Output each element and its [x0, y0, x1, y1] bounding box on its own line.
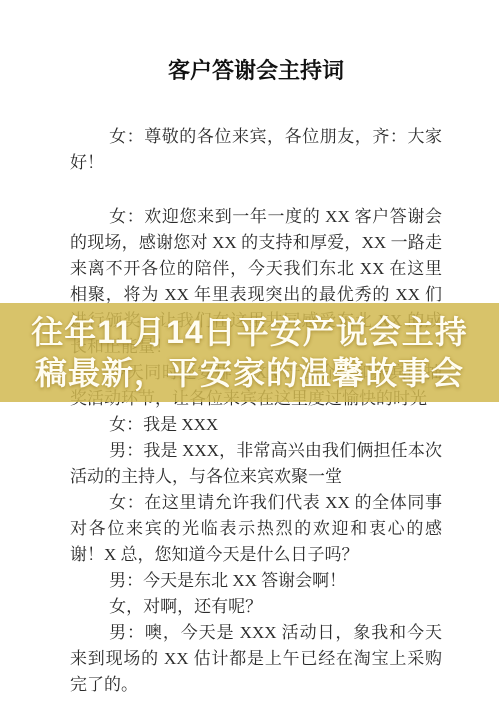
paragraph: 男：噢，今天是 XXX 活动日，象我和今天来到现场的 XX 估计都是上午已经在淘…	[70, 620, 442, 698]
banner-title-line1: 往年11月14日平安产说会主持	[31, 312, 467, 353]
watermark-banner: 往年11月14日平安产说会主持 稿最新，平安家的温馨故事会	[0, 303, 499, 402]
paragraph: 女：尊敬的各位来宾，各位朋友，齐：大家好！	[70, 124, 442, 176]
paragraph: 女：在这里请允许我们代表 XX 的全体同事对各位来宾的光临表示热烈的欢迎和衷心的…	[70, 490, 442, 568]
banner-title-line2: 稿最新，平安家的温馨故事会	[35, 353, 464, 394]
page-title: 客户答谢会主持词	[70, 57, 442, 84]
paragraph: 男：今天是东北 XX 答谢会啊！	[70, 568, 442, 594]
paragraph: 男：我是 XXX，非常高兴由我们俩担任本次活动的主持人，与各位来宾欢聚一堂	[70, 438, 442, 490]
document-page: 客户答谢会主持词 女：尊敬的各位来宾，各位朋友，齐：大家好！ 女：欢迎您来到一年…	[0, 0, 499, 706]
paragraph: 女，对啊，还有呢？	[70, 594, 442, 620]
paragraph: 女：我是 XXX	[70, 412, 442, 438]
